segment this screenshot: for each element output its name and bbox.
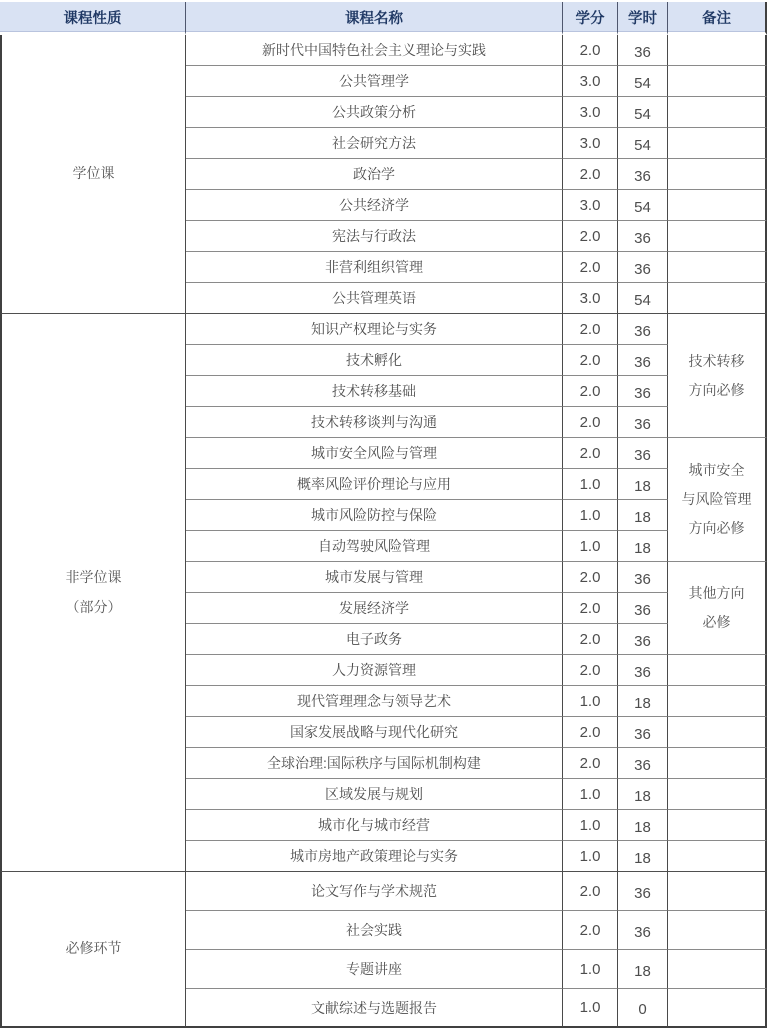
table-body: 学位课新时代中国特色社会主义理论与实践2.036公共管理学3.054公共政策分析… bbox=[0, 35, 767, 1028]
hours-text: 36 bbox=[634, 602, 651, 619]
remark-cell bbox=[668, 66, 767, 97]
course-name-cell: 城市发展与管理 bbox=[186, 562, 563, 593]
credit-cell: 2.0 bbox=[563, 438, 618, 469]
hours-cell: 36 bbox=[618, 438, 668, 469]
credit-cell: 2.0 bbox=[563, 593, 618, 624]
hours-cell: 36 bbox=[618, 562, 668, 593]
credit-text: 2.0 bbox=[580, 755, 601, 772]
name-text: 技术转移基础 bbox=[332, 383, 416, 399]
credit-cell: 2.0 bbox=[563, 221, 618, 252]
credit-cell: 2.0 bbox=[563, 655, 618, 686]
hours-cell: 36 bbox=[618, 252, 668, 283]
hours-cell: 36 bbox=[618, 624, 668, 655]
course-name-cell: 宪法与行政法 bbox=[186, 221, 563, 252]
remark-cell bbox=[668, 283, 767, 314]
credit-cell: 1.0 bbox=[563, 779, 618, 810]
hours-text: 36 bbox=[634, 757, 651, 774]
header-cell-category: 课程性质 bbox=[0, 2, 186, 35]
course-name-cell: 技术转移谈判与沟通 bbox=[186, 407, 563, 438]
hours-text: 18 bbox=[634, 540, 651, 557]
hours-cell: 54 bbox=[618, 66, 668, 97]
name-text: 现代管理理念与领导艺术 bbox=[297, 693, 451, 709]
course-name-cell: 社会研究方法 bbox=[186, 128, 563, 159]
category-cell: 非学位课 （部分） bbox=[0, 314, 186, 872]
hours-cell: 36 bbox=[618, 872, 668, 911]
credit-text: 2.0 bbox=[580, 724, 601, 741]
course-name-cell: 城市化与城市经营 bbox=[186, 810, 563, 841]
credit-text: 1.0 bbox=[580, 999, 601, 1016]
name-text: 人力资源管理 bbox=[332, 662, 416, 678]
credit-text: 3.0 bbox=[580, 104, 601, 121]
remark-cell bbox=[668, 159, 767, 190]
hours-text: 18 bbox=[634, 509, 651, 526]
remark-cell bbox=[668, 779, 767, 810]
course-name-cell: 论文写作与学术规范 bbox=[186, 872, 563, 911]
name-text: 电子政务 bbox=[346, 631, 402, 647]
course-name-cell: 概率风险评价理论与应用 bbox=[186, 469, 563, 500]
course-name-cell: 技术孵化 bbox=[186, 345, 563, 376]
credit-cell: 1.0 bbox=[563, 950, 618, 989]
hours-cell: 36 bbox=[618, 221, 668, 252]
hours-text: 18 bbox=[634, 819, 651, 836]
remark-cell bbox=[668, 717, 767, 748]
credit-text: 2.0 bbox=[580, 569, 601, 586]
hours-text: 18 bbox=[634, 478, 651, 495]
name-text: 公共经济学 bbox=[339, 197, 409, 213]
course-name-cell: 城市安全风险与管理 bbox=[186, 438, 563, 469]
hours-cell: 36 bbox=[618, 376, 668, 407]
hours-text: 36 bbox=[634, 726, 651, 743]
hours-cell: 18 bbox=[618, 686, 668, 717]
credit-text: 2.0 bbox=[580, 321, 601, 338]
course-name-cell: 新时代中国特色社会主义理论与实践 bbox=[186, 35, 563, 66]
hours-cell: 54 bbox=[618, 283, 668, 314]
name-text: 城市发展与管理 bbox=[325, 569, 423, 585]
hours-text: 18 bbox=[634, 850, 651, 867]
hours-text: 54 bbox=[634, 75, 651, 92]
credit-text: 2.0 bbox=[580, 228, 601, 245]
hours-cell: 36 bbox=[618, 159, 668, 190]
credit-cell: 2.0 bbox=[563, 717, 618, 748]
header-cell-remarks: 备注 bbox=[668, 2, 767, 35]
header-row: 课程性质 课程名称 学分 学时 备注 bbox=[0, 2, 767, 35]
hours-text: 54 bbox=[634, 137, 651, 154]
name-text: 公共政策分析 bbox=[332, 104, 416, 120]
course-name-cell: 知识产权理论与实务 bbox=[186, 314, 563, 345]
credit-text: 1.0 bbox=[580, 476, 601, 493]
course-name-cell: 国家发展战略与现代化研究 bbox=[186, 717, 563, 748]
remark-group-cell: 技术转移 方向必修 bbox=[668, 314, 767, 438]
hours-cell: 36 bbox=[618, 35, 668, 66]
remark-cell bbox=[668, 841, 767, 872]
hours-cell: 36 bbox=[618, 717, 668, 748]
hours-cell: 18 bbox=[618, 810, 668, 841]
name-text: 技术转移谈判与沟通 bbox=[311, 414, 437, 430]
credit-cell: 1.0 bbox=[563, 686, 618, 717]
hours-cell: 18 bbox=[618, 500, 668, 531]
hours-text: 0 bbox=[638, 1001, 646, 1018]
header-cell-hours: 学时 bbox=[618, 2, 668, 35]
hours-cell: 36 bbox=[618, 655, 668, 686]
hours-cell: 36 bbox=[618, 407, 668, 438]
hours-cell: 18 bbox=[618, 531, 668, 562]
credit-text: 2.0 bbox=[580, 600, 601, 617]
credit-cell: 2.0 bbox=[563, 911, 618, 950]
credit-cell: 2.0 bbox=[563, 748, 618, 779]
credit-cell: 2.0 bbox=[563, 376, 618, 407]
name-text: 国家发展战略与现代化研究 bbox=[290, 724, 458, 740]
remark-cell bbox=[668, 748, 767, 779]
name-text: 文献综述与选题报告 bbox=[311, 1000, 437, 1016]
credit-text: 1.0 bbox=[580, 961, 601, 978]
hours-cell: 54 bbox=[618, 97, 668, 128]
hours-cell: 18 bbox=[618, 469, 668, 500]
name-text: 城市房地产政策理论与实务 bbox=[290, 848, 458, 864]
name-text: 技术孵化 bbox=[346, 352, 402, 368]
credit-cell: 2.0 bbox=[563, 562, 618, 593]
course-name-cell: 社会实践 bbox=[186, 911, 563, 950]
credit-text: 1.0 bbox=[580, 848, 601, 865]
name-text: 自动驾驶风险管理 bbox=[318, 538, 430, 554]
course-name-cell: 全球治理:国际秩序与国际机制构建 bbox=[186, 748, 563, 779]
hours-text: 36 bbox=[634, 168, 651, 185]
credit-text: 2.0 bbox=[580, 414, 601, 431]
name-text: 城市化与城市经营 bbox=[318, 817, 430, 833]
credit-cell: 3.0 bbox=[563, 66, 618, 97]
credit-text: 2.0 bbox=[580, 383, 601, 400]
course-name-cell: 公共经济学 bbox=[186, 190, 563, 221]
credit-cell: 2.0 bbox=[563, 345, 618, 376]
name-text: 全球治理:国际秩序与国际机制构建 bbox=[267, 755, 481, 771]
hours-cell: 36 bbox=[618, 345, 668, 376]
name-text: 社会研究方法 bbox=[332, 135, 416, 151]
hours-text: 36 bbox=[634, 44, 651, 61]
remark-group-cell: 其他方向 必修 bbox=[668, 562, 767, 655]
credit-text: 2.0 bbox=[580, 445, 601, 462]
curriculum-table: 课程性质 课程名称 学分 学时 备注 学位课新时代中国特色社会主义理论与实践2.… bbox=[0, 2, 767, 1028]
hours-cell: 54 bbox=[618, 128, 668, 159]
remark-cell bbox=[668, 190, 767, 221]
credit-text: 2.0 bbox=[580, 352, 601, 369]
hours-text: 18 bbox=[634, 788, 651, 805]
remark-cell bbox=[668, 221, 767, 252]
course-row: 非学位课 （部分）知识产权理论与实务2.036技术转移 方向必修 bbox=[0, 314, 767, 345]
hours-text: 36 bbox=[634, 230, 651, 247]
course-name-cell: 技术转移基础 bbox=[186, 376, 563, 407]
hours-text: 54 bbox=[634, 292, 651, 309]
remark-cell bbox=[668, 128, 767, 159]
course-name-cell: 区域发展与规划 bbox=[186, 779, 563, 810]
hours-cell: 0 bbox=[618, 989, 668, 1028]
credit-text: 2.0 bbox=[580, 662, 601, 679]
header-cell-credits: 学分 bbox=[563, 2, 618, 35]
credit-cell: 1.0 bbox=[563, 469, 618, 500]
course-row: 必修环节论文写作与学术规范2.036 bbox=[0, 872, 767, 911]
hours-cell: 36 bbox=[618, 911, 668, 950]
course-row: 学位课新时代中国特色社会主义理论与实践2.036 bbox=[0, 35, 767, 66]
name-text: 城市风险防控与保险 bbox=[311, 507, 437, 523]
hours-cell: 54 bbox=[618, 190, 668, 221]
course-name-cell: 城市风险防控与保险 bbox=[186, 500, 563, 531]
name-text: 区域发展与规划 bbox=[325, 786, 423, 802]
category-cell: 必修环节 bbox=[0, 872, 186, 1028]
credit-cell: 2.0 bbox=[563, 252, 618, 283]
credit-text: 2.0 bbox=[580, 259, 601, 276]
hours-text: 18 bbox=[634, 695, 651, 712]
course-name-cell: 人力资源管理 bbox=[186, 655, 563, 686]
credit-cell: 3.0 bbox=[563, 128, 618, 159]
credit-cell: 1.0 bbox=[563, 810, 618, 841]
remark-cell bbox=[668, 97, 767, 128]
course-name-cell: 公共管理英语 bbox=[186, 283, 563, 314]
credit-text: 2.0 bbox=[580, 883, 601, 900]
course-name-cell: 文献综述与选题报告 bbox=[186, 989, 563, 1028]
course-name-cell: 非营利组织管理 bbox=[186, 252, 563, 283]
credit-cell: 1.0 bbox=[563, 841, 618, 872]
credit-text: 3.0 bbox=[580, 135, 601, 152]
hours-text: 54 bbox=[634, 106, 651, 123]
credit-text: 2.0 bbox=[580, 42, 601, 59]
hours-text: 36 bbox=[634, 885, 651, 902]
hours-text: 36 bbox=[634, 323, 651, 340]
course-name-cell: 专题讲座 bbox=[186, 950, 563, 989]
remark-cell bbox=[668, 686, 767, 717]
hours-text: 36 bbox=[634, 924, 651, 941]
credit-text: 3.0 bbox=[580, 197, 601, 214]
credit-cell: 2.0 bbox=[563, 159, 618, 190]
name-text: 城市安全风险与管理 bbox=[311, 445, 437, 461]
header-cell-course-name: 课程名称 bbox=[186, 2, 563, 35]
hours-cell: 36 bbox=[618, 748, 668, 779]
name-text: 知识产权理论与实务 bbox=[311, 321, 437, 337]
course-name-cell: 自动驾驶风险管理 bbox=[186, 531, 563, 562]
course-name-cell: 电子政务 bbox=[186, 624, 563, 655]
hours-cell: 18 bbox=[618, 779, 668, 810]
hours-text: 54 bbox=[634, 199, 651, 216]
credit-text: 1.0 bbox=[580, 538, 601, 555]
name-text: 概率风险评价理论与应用 bbox=[297, 476, 451, 492]
category-cell: 学位课 bbox=[0, 35, 186, 314]
hours-cell: 36 bbox=[618, 314, 668, 345]
remark-cell bbox=[668, 911, 767, 950]
name-text: 专题讲座 bbox=[346, 961, 402, 977]
name-text: 社会实践 bbox=[346, 922, 402, 938]
credit-cell: 3.0 bbox=[563, 97, 618, 128]
course-name-cell: 城市房地产政策理论与实务 bbox=[186, 841, 563, 872]
credit-text: 2.0 bbox=[580, 922, 601, 939]
credit-text: 1.0 bbox=[580, 693, 601, 710]
name-text: 公共管理英语 bbox=[332, 290, 416, 306]
course-name-cell: 公共政策分析 bbox=[186, 97, 563, 128]
course-name-cell: 公共管理学 bbox=[186, 66, 563, 97]
credit-cell: 1.0 bbox=[563, 500, 618, 531]
course-name-cell: 现代管理理念与领导艺术 bbox=[186, 686, 563, 717]
remark-cell bbox=[668, 989, 767, 1028]
credit-cell: 1.0 bbox=[563, 989, 618, 1028]
credit-cell: 1.0 bbox=[563, 531, 618, 562]
credit-cell: 3.0 bbox=[563, 190, 618, 221]
credit-cell: 2.0 bbox=[563, 314, 618, 345]
credit-text: 2.0 bbox=[580, 631, 601, 648]
hours-text: 36 bbox=[634, 385, 651, 402]
hours-text: 36 bbox=[634, 571, 651, 588]
course-name-cell: 政治学 bbox=[186, 159, 563, 190]
name-text: 新时代中国特色社会主义理论与实践 bbox=[262, 42, 486, 58]
remark-cell bbox=[668, 35, 767, 66]
hours-text: 36 bbox=[634, 261, 651, 278]
hours-text: 36 bbox=[634, 447, 651, 464]
credit-text: 1.0 bbox=[580, 507, 601, 524]
hours-cell: 36 bbox=[618, 593, 668, 624]
credit-text: 1.0 bbox=[580, 786, 601, 803]
credit-text: 3.0 bbox=[580, 73, 601, 90]
name-text: 发展经济学 bbox=[339, 600, 409, 616]
credit-cell: 2.0 bbox=[563, 407, 618, 438]
credit-cell: 2.0 bbox=[563, 872, 618, 911]
hours-text: 36 bbox=[634, 354, 651, 371]
hours-cell: 18 bbox=[618, 950, 668, 989]
remark-cell bbox=[668, 950, 767, 989]
remark-cell bbox=[668, 655, 767, 686]
remark-cell bbox=[668, 872, 767, 911]
name-text: 宪法与行政法 bbox=[332, 228, 416, 244]
name-text: 公共管理学 bbox=[339, 73, 409, 89]
credit-cell: 2.0 bbox=[563, 35, 618, 66]
hours-text: 18 bbox=[634, 963, 651, 980]
name-text: 非营利组织管理 bbox=[325, 259, 423, 275]
table-header: 课程性质 课程名称 学分 学时 备注 bbox=[0, 2, 767, 35]
credit-cell: 2.0 bbox=[563, 624, 618, 655]
hours-text: 36 bbox=[634, 633, 651, 650]
name-text: 论文写作与学术规范 bbox=[311, 883, 437, 899]
credit-text: 1.0 bbox=[580, 817, 601, 834]
credit-text: 3.0 bbox=[580, 290, 601, 307]
credit-text: 2.0 bbox=[580, 166, 601, 183]
hours-text: 36 bbox=[634, 664, 651, 681]
remark-group-cell: 城市安全 与风险管理 方向必修 bbox=[668, 438, 767, 562]
remark-cell bbox=[668, 252, 767, 283]
name-text: 政治学 bbox=[353, 166, 395, 182]
credit-cell: 3.0 bbox=[563, 283, 618, 314]
course-name-cell: 发展经济学 bbox=[186, 593, 563, 624]
remark-cell bbox=[668, 810, 767, 841]
hours-cell: 18 bbox=[618, 841, 668, 872]
hours-text: 36 bbox=[634, 416, 651, 433]
